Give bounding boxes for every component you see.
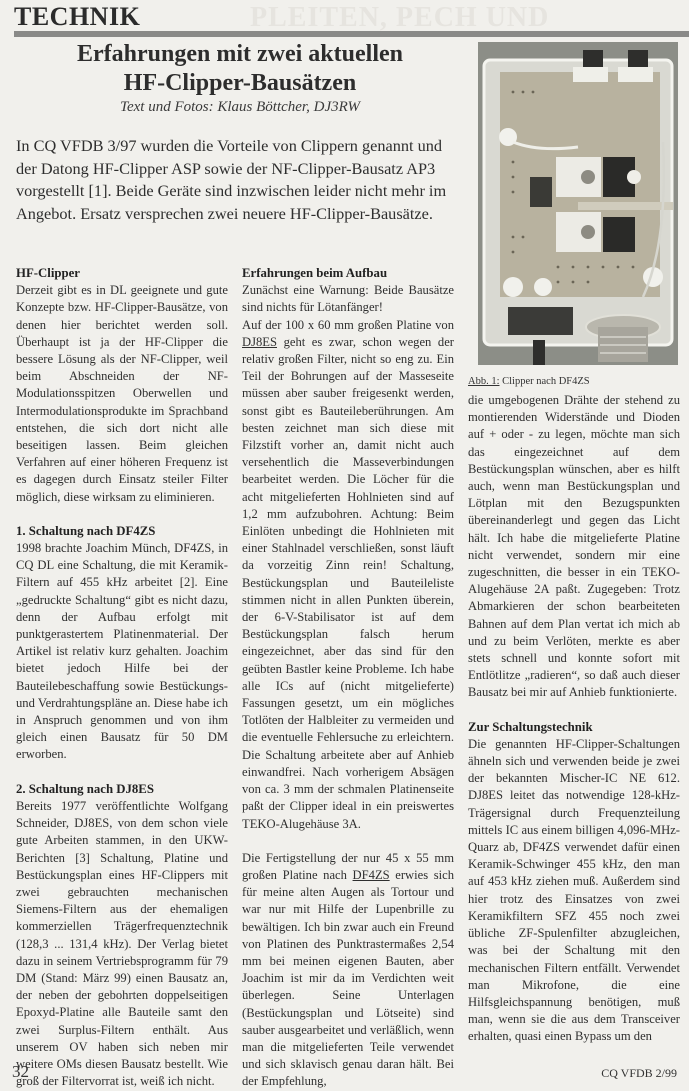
paragraph-aufbau-df4zs: Die Fertigstellung der nur 45 x 55 mm gr… xyxy=(242,850,454,1091)
callsign-df4zs: DF4ZS xyxy=(353,868,390,882)
paragraph-hf-clipper: Derzeit gibt es in DL geeignete und gute… xyxy=(16,282,228,506)
paragraph-aufbau-warning: Zunächst eine Warnung: Beide Bausätze si… xyxy=(242,282,454,316)
text: erwies sich für meine alten Augen als To… xyxy=(242,868,454,1088)
column-3: die umgebogenen Drähte der stehend zu mo… xyxy=(468,392,680,1046)
column-2: Erfahrungen beim Aufbau Zunächst eine Wa… xyxy=(242,265,454,1091)
byline: Text und Fotos: Klaus Böttcher, DJ3RW xyxy=(14,99,466,116)
circuit-board-photo-icon xyxy=(478,42,678,365)
page-number: 32 xyxy=(12,1062,29,1082)
text: Auf der 100 x 60 mm großen Platine von xyxy=(242,318,454,332)
heading-schaltungstechnik: Zur Schaltungstechnik xyxy=(468,719,680,736)
issue-label: CQ VFDB 2/99 xyxy=(601,1066,677,1081)
title-line-1: Erfahrungen mit zwei aktuellen xyxy=(14,40,466,69)
paragraph-aufbau-continued: die umgebogenen Drähte der stehend zu mo… xyxy=(468,392,680,702)
heading-df4zs: 1. Schaltung nach DF4ZS xyxy=(16,523,228,540)
figure-label: Abb. 1: xyxy=(468,376,500,387)
figure-caption-text: Clipper nach DF4ZS xyxy=(500,376,590,387)
heading-dj8es: 2. Schaltung nach DJ8ES xyxy=(16,781,228,798)
title-line-2: HF-Clipper-Bausätzen xyxy=(14,69,466,98)
intro-paragraph: In CQ VFDB 3/97 wurden die Vorteile von … xyxy=(16,135,464,225)
callsign-dj8es: DJ8ES xyxy=(242,335,277,349)
column-1: HF-Clipper Derzeit gibt es in DL geeigne… xyxy=(16,265,228,1090)
figure-photo xyxy=(478,42,678,365)
paragraph-aufbau-dj8es: Auf der 100 x 60 mm großen Platine von D… xyxy=(242,317,454,833)
text: geht es zwar, schon wegen der relativ gr… xyxy=(242,335,454,831)
heading-aufbau: Erfahrungen beim Aufbau xyxy=(242,265,454,282)
heading-hf-clipper: HF-Clipper xyxy=(16,265,228,282)
article-title: Erfahrungen mit zwei aktuellen HF-Clippe… xyxy=(14,40,466,98)
figure-caption: Abb. 1: Clipper nach DF4ZS xyxy=(468,376,590,387)
bleed-through-text: PLEITEN, PECH UND xyxy=(250,2,549,34)
section-rule xyxy=(14,31,689,37)
section-label: TECHNIK xyxy=(14,2,140,32)
paragraph-df4zs: 1998 brachte Joachim Münch, DF4ZS, in CQ… xyxy=(16,540,228,764)
paragraph-dj8es: Bereits 1977 veröffentlichte Wolfgang Sc… xyxy=(16,798,228,1090)
paragraph-schaltungstechnik: Die genannten HF-Clipper-Schaltungen ähn… xyxy=(468,736,680,1046)
